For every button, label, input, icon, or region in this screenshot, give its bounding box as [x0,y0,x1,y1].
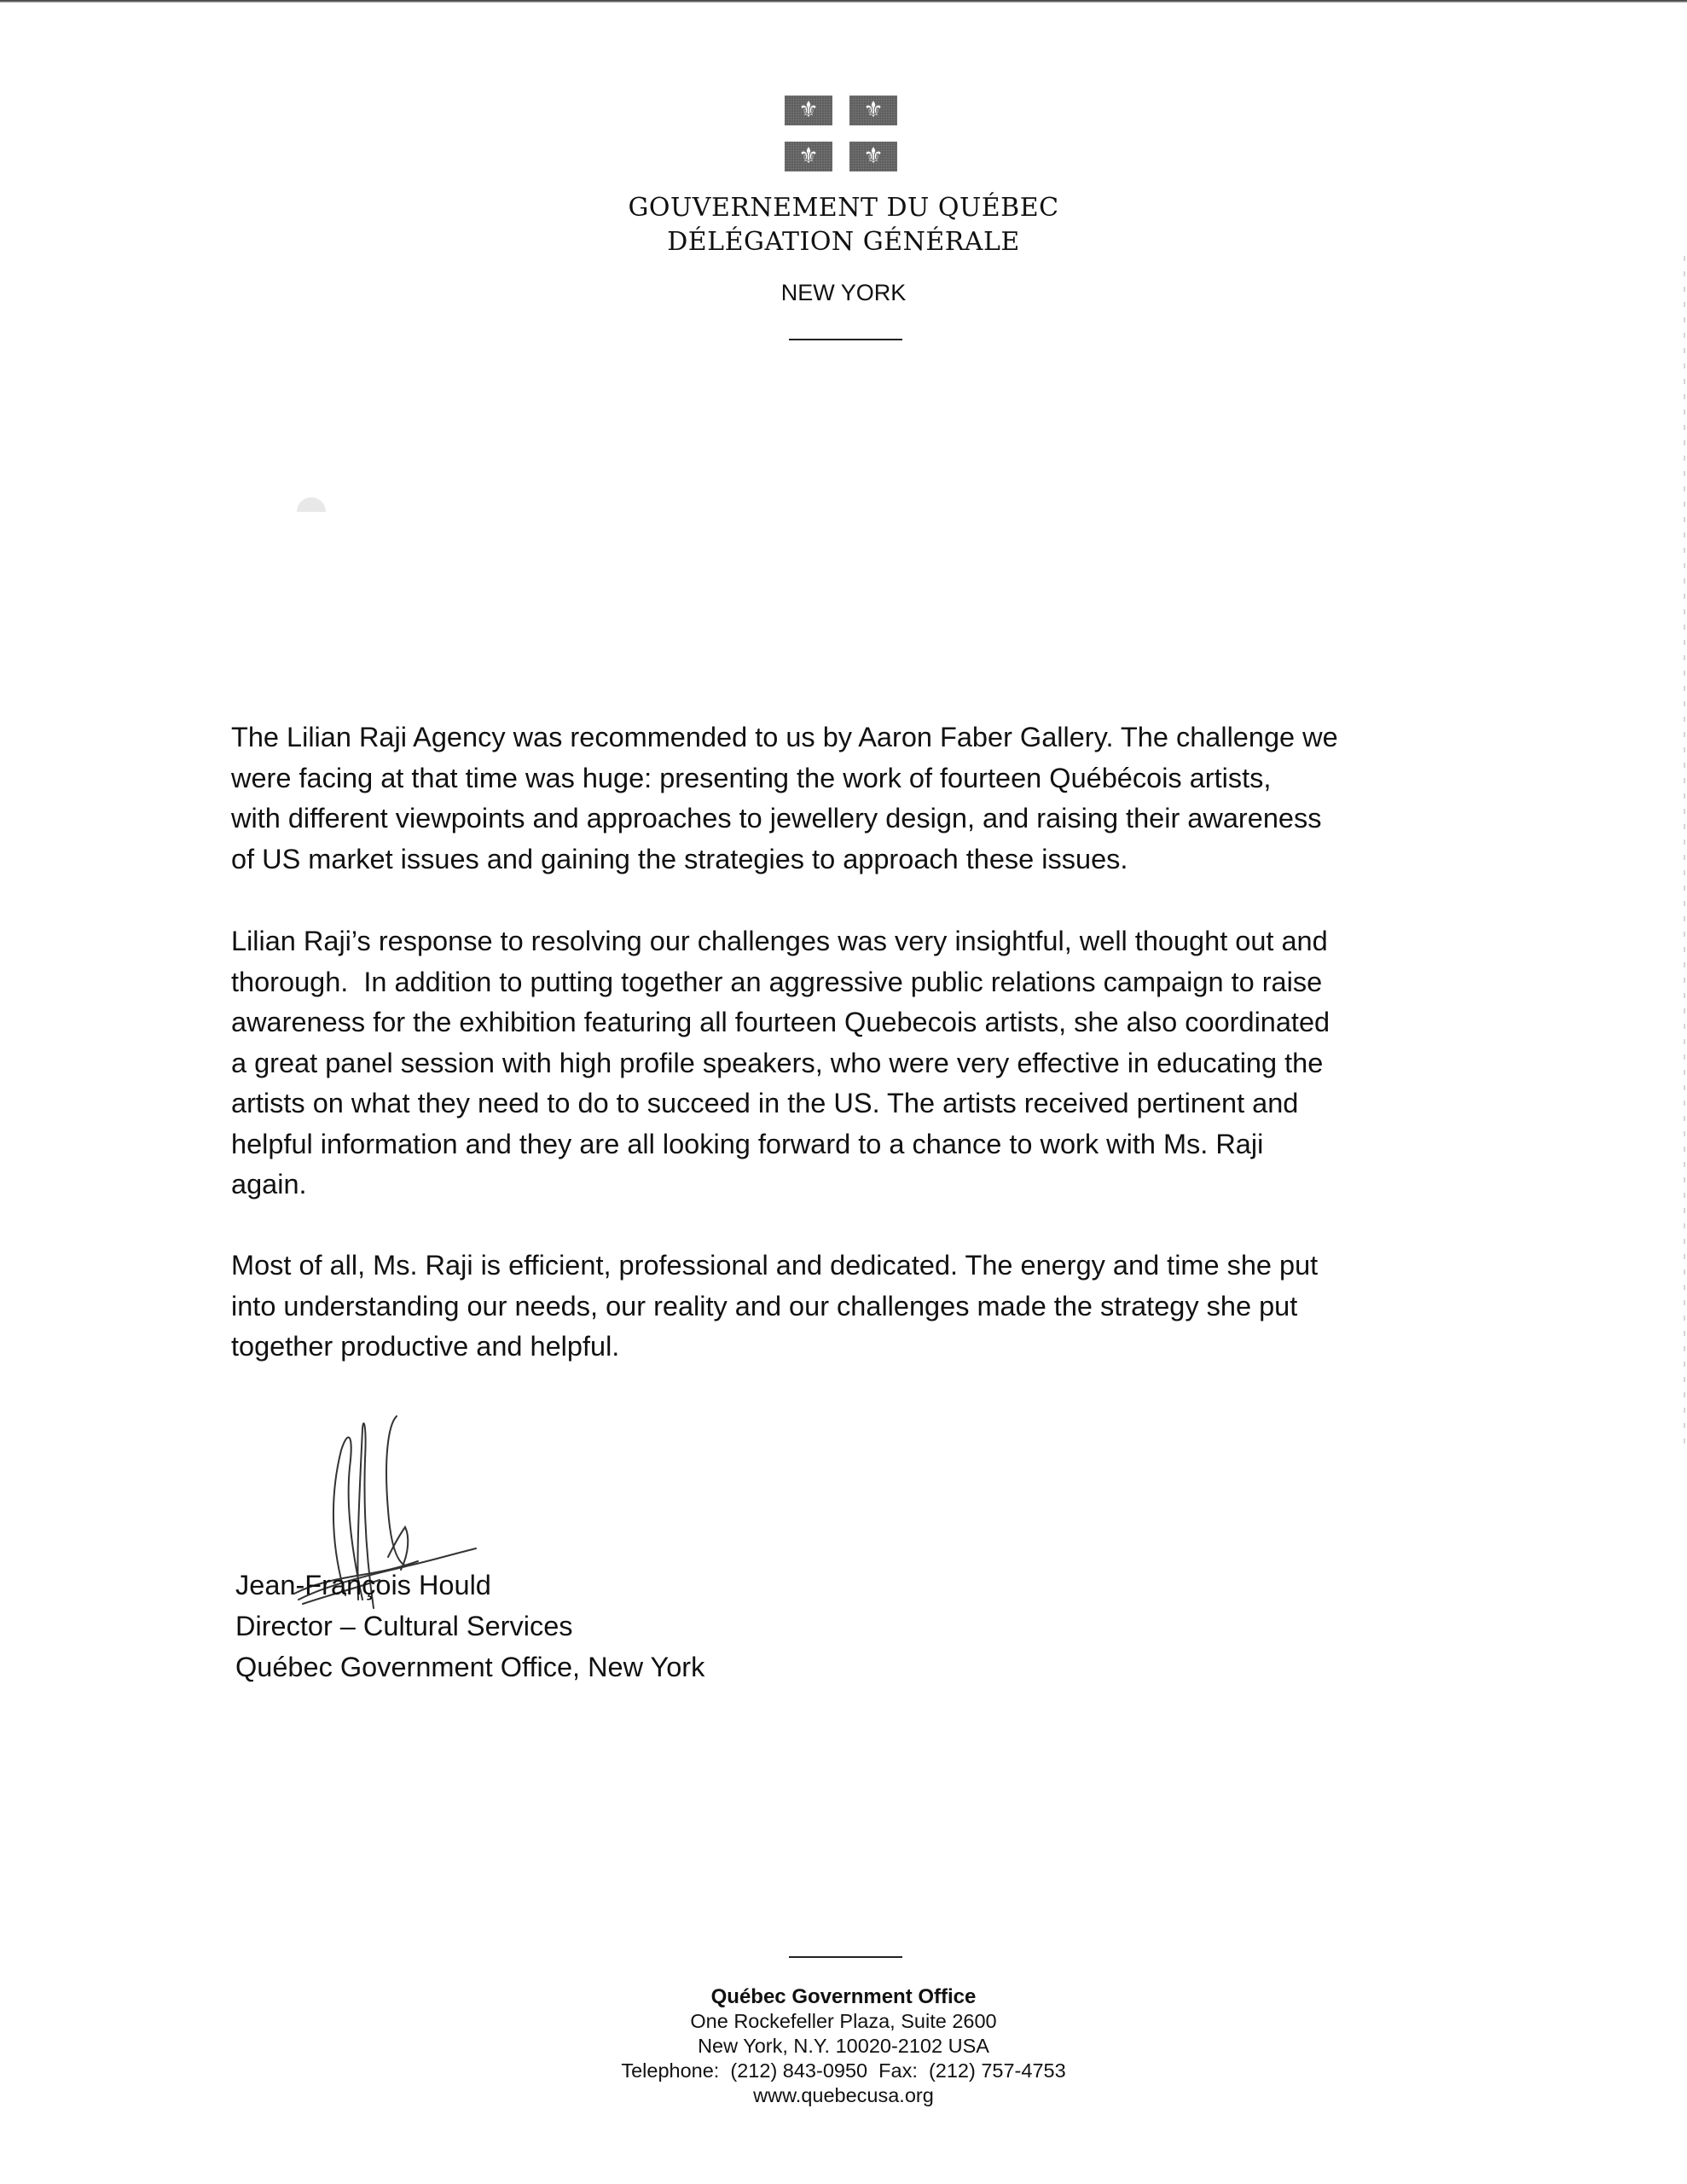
body-line: again. [231,1165,1476,1205]
footer-organization: Québec Government Office [0,1984,1687,2009]
body-line: artists on what they need to do to succe… [231,1083,1476,1124]
body-line: together productive and helpful. [231,1327,1476,1368]
body-line: of US market issues and gaining the stra… [231,839,1476,880]
body-line: a great panel session with high profile … [231,1043,1476,1084]
signatory-office: Québec Government Office, New York [235,1647,704,1687]
footer-address-line2: New York, N.Y. 10020-2102 USA [0,2034,1687,2059]
letterhead-government: GOUVERNEMENT DU QUÉBEC [0,193,1687,223]
body-line: were facing at that time was huge: prese… [231,758,1476,799]
body-line: into understanding our needs, our realit… [231,1287,1476,1327]
body-line: awareness for the exhibition featuring a… [231,1002,1476,1043]
telephone-label: Telephone: [621,2059,719,2082]
fleur-de-lis-flag-icon: ⚜ [785,142,832,171]
letterhead-delegation: DÉLÉGATION GÉNÉRALE [0,227,1687,257]
letterhead-city: NEW YORK [0,280,1687,306]
fax-label: Fax: [878,2059,918,2082]
scan-smudge [297,497,326,512]
letterhead-divider [789,339,902,340]
fleur-de-lis-flag-icon: ⚜ [785,96,832,125]
telephone-number: (212) 843-0950 [730,2059,867,2082]
body-line: The Lilian Raji Agency was recommended t… [231,717,1476,758]
footer: Québec Government Office One Rockefeller… [0,1984,1687,2108]
body-line: Most of all, Ms. Raji is efficient, prof… [231,1246,1476,1287]
signature-block: Jean-François Hould Director – Cultural … [235,1565,704,1687]
paragraph-2: Lilian Raji’s response to resolving our … [231,921,1476,1205]
paragraph-1: The Lilian Raji Agency was recommended t… [231,717,1476,880]
footer-website: www.quebecusa.org [0,2083,1687,2108]
body-line: helpful information and they are all loo… [231,1124,1476,1165]
quebec-emblem: ⚜ ⚜ ⚜ ⚜ [785,96,902,174]
signatory-name: Jean-François Hould [235,1565,704,1606]
body-line: thorough. In addition to putting togethe… [231,962,1476,1003]
body-line: with different viewpoints and approaches… [231,799,1476,839]
fax-number: (212) 757-4753 [929,2059,1066,2082]
footer-divider [789,1956,902,1958]
scan-edge-right [1684,256,1685,1450]
fleur-de-lis-flag-icon: ⚜ [849,142,897,171]
paragraph-3: Most of all, Ms. Raji is efficient, prof… [231,1246,1476,1368]
scan-edge-top [0,0,1687,3]
footer-contact: Telephone: (212) 843-0950 Fax: (212) 757… [0,2059,1687,2083]
signatory-title: Director – Cultural Services [235,1606,704,1647]
footer-address-line1: One Rockefeller Plaza, Suite 2600 [0,2009,1687,2034]
fleur-de-lis-flag-icon: ⚜ [849,96,897,125]
body-line: Lilian Raji’s response to resolving our … [231,921,1476,962]
